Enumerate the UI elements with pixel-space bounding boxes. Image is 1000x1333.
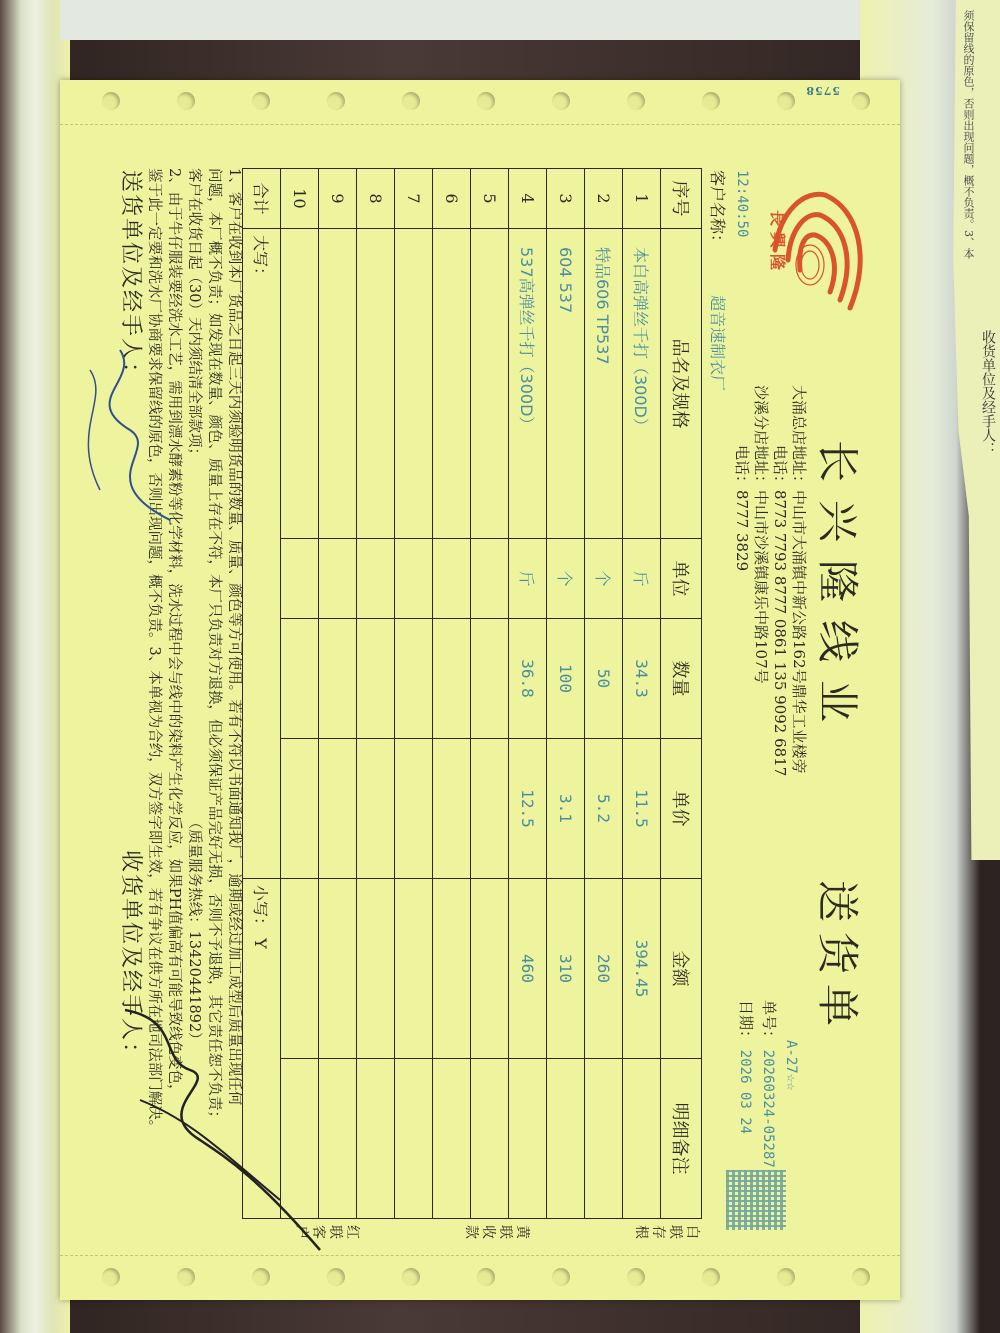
company-name: 长兴隆线业 bbox=[810, 440, 870, 740]
row-qty: 36.8 bbox=[509, 619, 547, 739]
row-amount: 460 bbox=[509, 879, 547, 1059]
perforation-hole bbox=[252, 1268, 270, 1286]
order-meta: 单号： 20260324-05287 日期： 2026 03 24 A-27☆☆ bbox=[734, 1000, 780, 1168]
row-remark bbox=[623, 1059, 661, 1219]
edge-stamp: 5758 bbox=[805, 84, 840, 97]
paper-stack-top bbox=[60, 0, 900, 40]
row-name bbox=[357, 229, 395, 539]
row-name bbox=[319, 229, 357, 539]
perforation-hole bbox=[627, 1268, 645, 1286]
row-unit: 斤 bbox=[509, 539, 547, 619]
background-sheet-terms: 须保留线的原色，否则出现问题，概不负责。3、本 bbox=[960, 10, 976, 259]
row-qty bbox=[433, 619, 471, 739]
row-unit: 个 bbox=[585, 539, 623, 619]
row-amount: 394.45 bbox=[623, 879, 661, 1059]
table-row: 7 bbox=[395, 169, 433, 1219]
order-number: 20260324-05287 bbox=[760, 1050, 776, 1168]
row-amount bbox=[395, 879, 433, 1059]
row-price: 3.1 bbox=[547, 739, 585, 879]
total-lowercase-value: Y bbox=[251, 938, 270, 949]
row-price bbox=[395, 739, 433, 879]
table-row: 5 bbox=[471, 169, 509, 1219]
table-row: 2 特品606 TP537 个 50 5.2 260 bbox=[585, 169, 623, 1219]
row-remark bbox=[395, 1059, 433, 1219]
branch-phone: 8777 3829 bbox=[733, 490, 751, 571]
hq-address-label: 大涌总店地址： bbox=[789, 370, 808, 490]
row-name bbox=[281, 229, 319, 539]
row-amount bbox=[471, 879, 509, 1059]
row-qty: 34.3 bbox=[623, 619, 661, 739]
row-price bbox=[319, 739, 357, 879]
table-row: 8 bbox=[357, 169, 395, 1219]
perforation-strip-right bbox=[60, 1255, 900, 1300]
customer-row: 客户名称： 超音速制衣厂 bbox=[707, 170, 730, 391]
hq-address-row: 大涌总店地址：中山市大涌镇中新公路162号鼎华工业楼旁 bbox=[789, 370, 808, 776]
col-seq: 序号 bbox=[661, 169, 702, 229]
perforation-hole bbox=[552, 1268, 570, 1286]
branch-address: 中山市沙溪镇康乐中路107号 bbox=[752, 490, 770, 684]
row-amount bbox=[319, 879, 357, 1059]
copy-label-white: 白联存根 bbox=[632, 1225, 700, 1241]
row-seq: 6 bbox=[433, 169, 471, 229]
branch-address-row: 沙溪分店地址：中山市沙溪镇康乐中路107号 bbox=[751, 370, 770, 776]
customer-name: 超音速制衣厂 bbox=[708, 295, 727, 391]
row-name: 特品606 TP537 bbox=[585, 229, 623, 539]
perforation-hole bbox=[477, 92, 495, 110]
total-row: 合计 大写： 小写： Y bbox=[243, 169, 281, 1219]
row-qty bbox=[357, 619, 395, 739]
row-name: 604 537 bbox=[547, 229, 585, 539]
copy-label-red: 红联客户 bbox=[292, 1225, 360, 1241]
table-row: 3 604 537 个 100 3.1 310 bbox=[547, 169, 585, 1219]
perforation-hole bbox=[702, 1268, 720, 1286]
perforation-hole bbox=[102, 92, 120, 110]
row-price: 11.5 bbox=[623, 739, 661, 879]
row-remark bbox=[357, 1059, 395, 1219]
perforation-hole bbox=[252, 92, 270, 110]
table-row: 4 537高弹丝千打（300D） 斤 36.8 12.5 460 bbox=[509, 169, 547, 1219]
row-name bbox=[395, 229, 433, 539]
row-unit bbox=[395, 539, 433, 619]
address-block: 大涌总店地址：中山市大涌镇中新公路162号鼎华工业楼旁 电话：8773 7793… bbox=[732, 370, 808, 776]
form-header: 長興隆 长兴隆线业 送货单 大涌总店地址：中山市大涌镇中新公路162号鼎华工业楼… bbox=[740, 140, 890, 1240]
row-price bbox=[433, 739, 471, 879]
row-unit: 个 bbox=[547, 539, 585, 619]
row-seq: 5 bbox=[471, 169, 509, 229]
receiver-signature-label: 收货单位及经手人： bbox=[117, 850, 148, 1066]
order-code: A-27☆☆ bbox=[780, 1040, 802, 1091]
hq-phone: 8773 7793 8777 0861 135 9092 6817 bbox=[771, 490, 789, 776]
row-remark bbox=[319, 1059, 357, 1219]
row-price: 5.2 bbox=[585, 739, 623, 879]
form-content: 長興隆 长兴隆线业 送货单 大涌总店地址：中山市大涌镇中新公路162号鼎华工业楼… bbox=[60, 140, 900, 1240]
col-price: 单价 bbox=[661, 739, 702, 879]
row-seq: 8 bbox=[357, 169, 395, 229]
row-seq: 10 bbox=[281, 169, 319, 229]
perforation-hole bbox=[327, 1268, 345, 1286]
row-name bbox=[433, 229, 471, 539]
terms-payment: 客户在收货日起（30）天内须结清全部款项； bbox=[186, 168, 202, 462]
branch-phone-row: 电话：8777 3829 bbox=[732, 370, 751, 776]
row-seq: 3 bbox=[547, 169, 585, 229]
items-table: 序号 品名及规格 单位 数量 单价 金额 明细备注 1 本白高弹丝千打（300D… bbox=[242, 168, 702, 1219]
row-name bbox=[471, 229, 509, 539]
total-lowercase-label: 小写： bbox=[251, 885, 270, 933]
delivery-note: 5758 bbox=[60, 80, 900, 1300]
perforation-hole bbox=[627, 92, 645, 110]
row-qty bbox=[319, 619, 357, 739]
row-price bbox=[357, 739, 395, 879]
print-time: 12:40:50 bbox=[734, 170, 750, 237]
row-qty: 100 bbox=[547, 619, 585, 739]
row-price bbox=[471, 739, 509, 879]
perforation-hole bbox=[327, 92, 345, 110]
table-row: 10 bbox=[281, 169, 319, 1219]
row-remark bbox=[471, 1059, 509, 1219]
row-qty bbox=[471, 619, 509, 739]
order-date-row: 日期： 2026 03 24 bbox=[734, 1000, 757, 1168]
terms-line: 客户在收货日起（30）天内须结清全部款项；（质量服务热线：13420441892… bbox=[184, 168, 204, 1228]
table-row: 9 bbox=[319, 169, 357, 1219]
signature-row: 送货单位及经手人： 收货单位及经手人： bbox=[117, 170, 148, 1230]
table-row: 6 bbox=[433, 169, 471, 1219]
row-unit bbox=[471, 539, 509, 619]
row-qty bbox=[281, 619, 319, 739]
perforation-hole bbox=[402, 92, 420, 110]
row-name: 537高弹丝千打（300D） bbox=[509, 229, 547, 539]
total-uppercase-cell: 大写： bbox=[243, 229, 281, 879]
total-lowercase-cell: 小写： Y bbox=[243, 879, 281, 1219]
row-name: 本白高弹丝千打（300D） bbox=[623, 229, 661, 539]
row-price: 12.5 bbox=[509, 739, 547, 879]
perforation-hole bbox=[777, 1268, 795, 1286]
row-remark bbox=[509, 1059, 547, 1219]
row-seq: 4 bbox=[509, 169, 547, 229]
col-remark: 明细备注 bbox=[661, 1059, 702, 1219]
order-number-label: 单号： bbox=[760, 1000, 778, 1045]
perforation-hole bbox=[177, 92, 195, 110]
perforation-hole bbox=[552, 92, 570, 110]
order-date: 2026 03 24 bbox=[737, 1050, 753, 1134]
perforation-hole bbox=[702, 92, 720, 110]
customer-label: 客户名称： bbox=[708, 170, 727, 250]
perforation-hole bbox=[102, 1268, 120, 1286]
row-price bbox=[281, 739, 319, 879]
qr-code-icon bbox=[726, 1170, 786, 1230]
row-unit bbox=[281, 539, 319, 619]
copy-label-yellow: 黄联收款 bbox=[462, 1225, 530, 1241]
terms-and-conditions: 1、客户在收到本厂货品之日起三天内须验明货品的数量、质量、颜色等方可使用。若有不… bbox=[144, 168, 244, 1228]
terms-line: 问题，本厂概不负责；如发现在数量、颜色、质量上存在不符，本厂只负责对方退换，但必… bbox=[204, 168, 224, 1228]
row-amount: 260 bbox=[585, 879, 623, 1059]
perforation-hole bbox=[177, 1268, 195, 1286]
row-amount bbox=[281, 879, 319, 1059]
perforation-hole bbox=[852, 92, 870, 110]
terms-line: 2、由于牛仔服装要经洗水工艺，需用到漂水酵素粉等化学材料，洗水过程中会与线中的染… bbox=[164, 168, 184, 1228]
logo-brand-text: 長興隆 bbox=[767, 210, 790, 276]
col-qty: 数量 bbox=[661, 619, 702, 739]
row-unit: 斤 bbox=[623, 539, 661, 619]
branch-address-label: 沙溪分店地址： bbox=[751, 370, 770, 490]
total-label: 合计 bbox=[243, 169, 281, 229]
order-number-row: 单号： 20260324-05287 bbox=[757, 1000, 780, 1168]
table-header-row: 序号 品名及规格 单位 数量 单价 金额 明细备注 bbox=[661, 169, 702, 1219]
order-date-label: 日期： bbox=[737, 1000, 755, 1045]
perforation-hole bbox=[402, 1268, 420, 1286]
row-seq: 7 bbox=[395, 169, 433, 229]
row-unit bbox=[357, 539, 395, 619]
total-uppercase-label: 大写： bbox=[251, 235, 270, 283]
perforation-strip-left: 5758 bbox=[60, 80, 900, 125]
col-amount: 金额 bbox=[661, 879, 702, 1059]
perforation-hole bbox=[477, 1268, 495, 1286]
row-unit bbox=[319, 539, 357, 619]
row-unit bbox=[433, 539, 471, 619]
hq-phone-row: 电话：8773 7793 8777 0861 135 9092 6817 bbox=[770, 370, 789, 776]
row-qty bbox=[395, 619, 433, 739]
col-unit: 单位 bbox=[661, 539, 702, 619]
row-amount bbox=[357, 879, 395, 1059]
row-seq: 1 bbox=[623, 169, 661, 229]
row-remark bbox=[433, 1059, 471, 1219]
row-remark bbox=[585, 1059, 623, 1219]
row-amount: 310 bbox=[547, 879, 585, 1059]
perforation-hole bbox=[777, 92, 795, 110]
row-remark bbox=[547, 1059, 585, 1219]
row-remark bbox=[281, 1059, 319, 1219]
hq-phone-label: 电话： bbox=[770, 370, 789, 490]
col-name: 品名及规格 bbox=[661, 229, 702, 539]
background-sheet-signature-label: 收货单位及经手人： bbox=[978, 330, 998, 456]
row-seq: 9 bbox=[319, 169, 357, 229]
hq-address: 中山市大涌镇中新公路162号鼎华工业楼旁 bbox=[790, 490, 808, 774]
table-row: 1 本白高弹丝千打（300D） 斤 34.3 11.5 394.45 bbox=[623, 169, 661, 1219]
row-seq: 2 bbox=[585, 169, 623, 229]
branch-phone-label: 电话： bbox=[732, 370, 751, 490]
document-title: 送货单 bbox=[810, 880, 870, 1036]
sender-signature-label: 送货单位及经手人： bbox=[118, 170, 143, 386]
quality-hotline: （质量服务热线：13420441892） bbox=[186, 822, 202, 1047]
row-qty: 50 bbox=[585, 619, 623, 739]
row-amount bbox=[433, 879, 471, 1059]
terms-line: 1、客户在收到本厂货品之日起三天内须验明货品的数量、质量、颜色等方可使用。若有不… bbox=[224, 168, 244, 1228]
perforation-hole bbox=[852, 1268, 870, 1286]
